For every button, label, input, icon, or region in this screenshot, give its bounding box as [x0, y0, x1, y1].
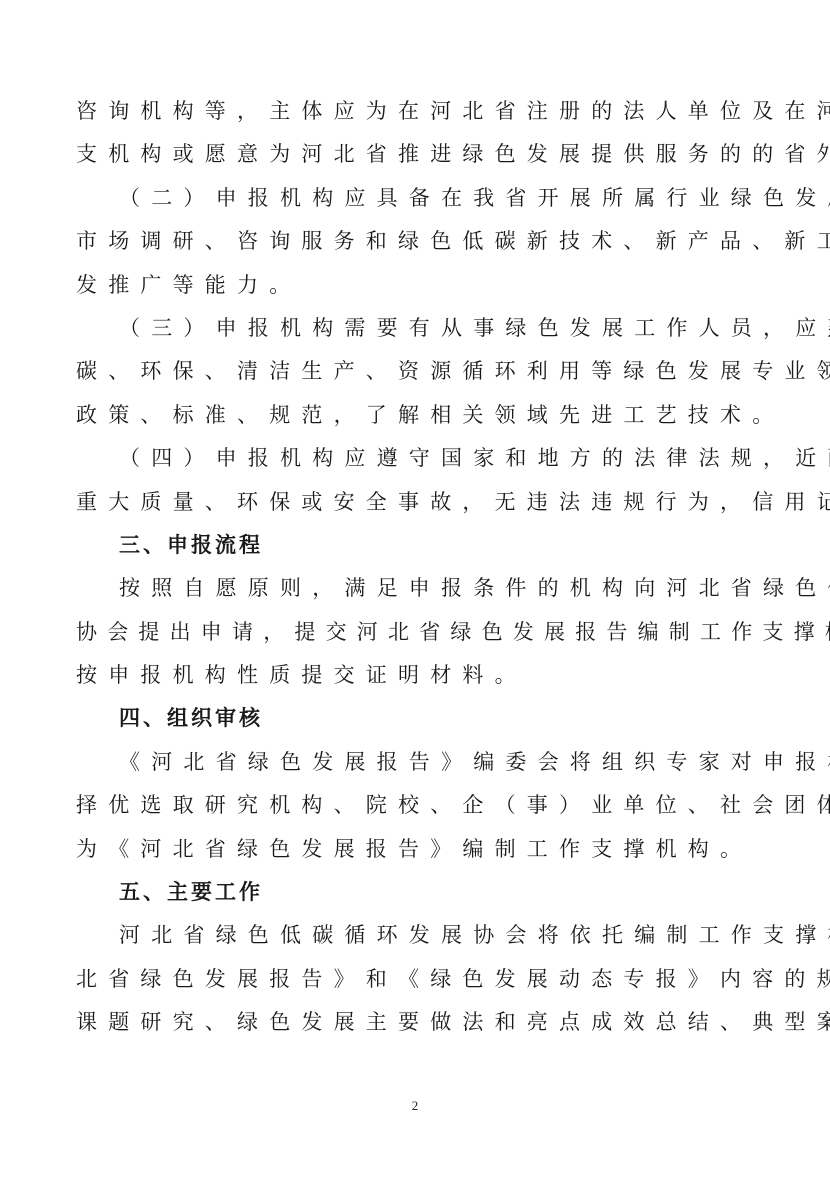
text-line: 按申报机构性质提交证明材料。	[76, 654, 760, 697]
text-line: 河北省绿色低碳循环发展协会将依托编制工作支撑机构开展《河	[76, 914, 760, 957]
text-line: 为《河北省绿色发展报告》编制工作支撑机构。	[76, 828, 760, 871]
paragraph-item-2: （二）申报机构应具备在我省开展所属行业绿色发展课题研究、 市场调研、咨询服务和绿…	[76, 177, 760, 307]
document-page: 咨询机构等，主体应为在河北省注册的法人单位及在河北省内设有分 支机构或愿意为河北…	[76, 90, 760, 1045]
section-heading-application-process: 三、申报流程	[76, 524, 760, 567]
section-heading-main-work: 五、主要工作	[76, 871, 760, 914]
text-line: （二）申报机构应具备在我省开展所属行业绿色发展课题研究、	[76, 177, 760, 220]
text-line: 碳、环保、清洁生产、资源循环利用等绿色发展专业领域相关法规、	[76, 350, 760, 393]
paragraph-continuation: 咨询机构等，主体应为在河北省注册的法人单位及在河北省内设有分 支机构或愿意为河北…	[76, 90, 760, 177]
page-number: 2	[0, 1098, 830, 1114]
paragraph-main-work: 河北省绿色低碳循环发展协会将依托编制工作支撑机构开展《河 北省绿色发展报告》和《…	[76, 914, 760, 1044]
text-line: 重大质量、环保或安全事故，无违法违规行为，信用记录良好。	[76, 481, 760, 524]
text-line: 协会提出申请，提交河北省绿色发展报告编制工作支撑机构申报书,并	[76, 611, 760, 654]
text-line: （四）申报机构应遵守国家和地方的法律法规，近两年来未发生	[76, 437, 760, 480]
text-line: 政策、标准、规范，了解相关领域先进工艺技术。	[76, 394, 760, 437]
text-line: 《河北省绿色发展报告》编委会将组织专家对申报材料进行审核，	[76, 741, 760, 784]
text-line: 课题研究、绿色发展主要做法和亮点成效总结、典型案例挖掘推荐、	[76, 1001, 760, 1044]
text-line: 择优选取研究机构、院校、企（事）业单位、社会团体、咨询机构作	[76, 784, 760, 827]
text-line: 市场调研、咨询服务和绿色低碳新技术、新产品、新工艺和新装备开	[76, 220, 760, 263]
section-heading-review: 四、组织审核	[76, 697, 760, 740]
paragraph-application-process: 按照自愿原则，满足申报条件的机构向河北省绿色低碳循环发展 协会提出申请，提交河北…	[76, 567, 760, 697]
text-line: 支机构或愿意为河北省推进绿色发展提供服务的的省外法人单位。	[76, 133, 760, 176]
paragraph-review: 《河北省绿色发展报告》编委会将组织专家对申报材料进行审核， 择优选取研究机构、院…	[76, 741, 760, 871]
text-line: （三）申报机构需要有从事绿色发展工作人员，应熟悉节能、降	[76, 307, 760, 350]
text-line: 咨询机构等，主体应为在河北省注册的法人单位及在河北省内设有分	[76, 90, 760, 133]
text-line: 发推广等能力。	[76, 264, 760, 307]
paragraph-item-4: （四）申报机构应遵守国家和地方的法律法规，近两年来未发生 重大质量、环保或安全事…	[76, 437, 760, 524]
text-line: 按照自愿原则，满足申报条件的机构向河北省绿色低碳循环发展	[76, 567, 760, 610]
paragraph-item-3: （三）申报机构需要有从事绿色发展工作人员，应熟悉节能、降 碳、环保、清洁生产、资…	[76, 307, 760, 437]
text-line: 北省绿色发展报告》和《绿色发展动态专报》内容的规划设计、相关	[76, 958, 760, 1001]
